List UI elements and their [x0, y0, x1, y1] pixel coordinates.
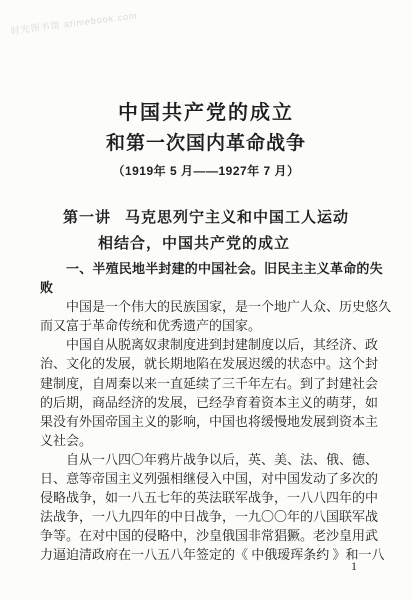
- body-paragraphs: 中国是一个伟大的民族国家，是一个地广人众、历史悠久而又富于革命传统和优秀遗产的国…: [40, 297, 380, 564]
- text-line: 一、半殖民地半封建的中国社会。旧民主主义革命的失: [40, 259, 380, 278]
- lecture-heading-line1: 第一讲马克思列宁主义和中国工人运动: [0, 206, 412, 227]
- book-title-date-range: （1919年 5 月——1927年 7 月）: [0, 162, 412, 179]
- book-title-line2: 和第一次国内革命战争: [0, 128, 412, 155]
- text-line: 争等。在对中国的侵略中，沙皇俄国非常猖獗。老沙皇用武: [40, 526, 380, 545]
- text-line: 败: [40, 278, 380, 297]
- text-line: 义社会。: [40, 431, 380, 450]
- section-heading: 一、半殖民地半封建的中国社会。旧民主主义革命的失败: [40, 259, 380, 297]
- lecture-heading-line2: 相结合，中国共产党的成立: [0, 232, 400, 253]
- paragraph: 自从一八四〇年鸦片战争以后，英、美、法、俄、德、日、意等帝国主义列强相继侵入中国…: [40, 450, 380, 565]
- lecture-title-text: 马克思列宁主义和中国工人运动: [125, 209, 349, 226]
- lecture-number-label: 第一讲: [63, 209, 111, 226]
- text-line: 力逼迫清政府在一八五八年签定的《 中俄瑷珲条约 》和一八: [40, 545, 380, 564]
- text-line: 而又富于革命传统和优秀遗产的国家。: [40, 316, 380, 335]
- book-title-line1: 中国共产党的成立: [0, 96, 412, 125]
- text-line: 中国自从脱离奴隶制度进到封建制度以后，其经济、政: [40, 335, 380, 354]
- paragraph: 中国自从脱离奴隶制度进到封建制度以后，其经济、政治、文化的发展，就长期地陷在发展…: [40, 335, 380, 450]
- page-number: 1: [351, 559, 357, 574]
- text-line: 法战争，一八九四年的中日战争，一九〇〇年的八国联军战: [40, 507, 380, 526]
- text-line: 的后期，商品经济的发展，已经孕育着资本主义的萌芽，如: [40, 393, 380, 412]
- paragraph: 中国是一个伟大的民族国家，是一个地广人众、历史悠久而又富于革命传统和优秀遗产的国…: [40, 297, 380, 335]
- text-line: 日、意等帝国主义列强相继侵入中国，对中国发动了多次的: [40, 469, 380, 488]
- text-line: 自从一八四〇年鸦片战争以后，英、美、法、俄、德、: [40, 450, 380, 469]
- watermark-text: 时光图书馆 atimebook.com: [10, 8, 138, 36]
- text-line: 侵略战争，如一八五七年的英法联军战争，一八八四年的中: [40, 488, 380, 507]
- text-line: 建制度，自周秦以来一直延续了三千年左右。到了封建社会: [40, 374, 380, 393]
- text-line: 治、文化的发展，就长期地陷在发展迟缓的状态中。这个封: [40, 354, 380, 373]
- page-text-block: 一、半殖民地半封建的中国社会。旧民主主义革命的失败 中国是一个伟大的民族国家，是…: [40, 259, 380, 565]
- scanned-book-page: 时光图书馆 atimebook.com 中国共产党的成立 和第一次国内革命战争 …: [0, 0, 412, 600]
- text-line: 中国是一个伟大的民族国家，是一个地广人众、历史悠久: [40, 297, 380, 316]
- text-line: 果没有外国帝国主义的影响，中国也将缓慢地发展到资本主: [40, 412, 380, 431]
